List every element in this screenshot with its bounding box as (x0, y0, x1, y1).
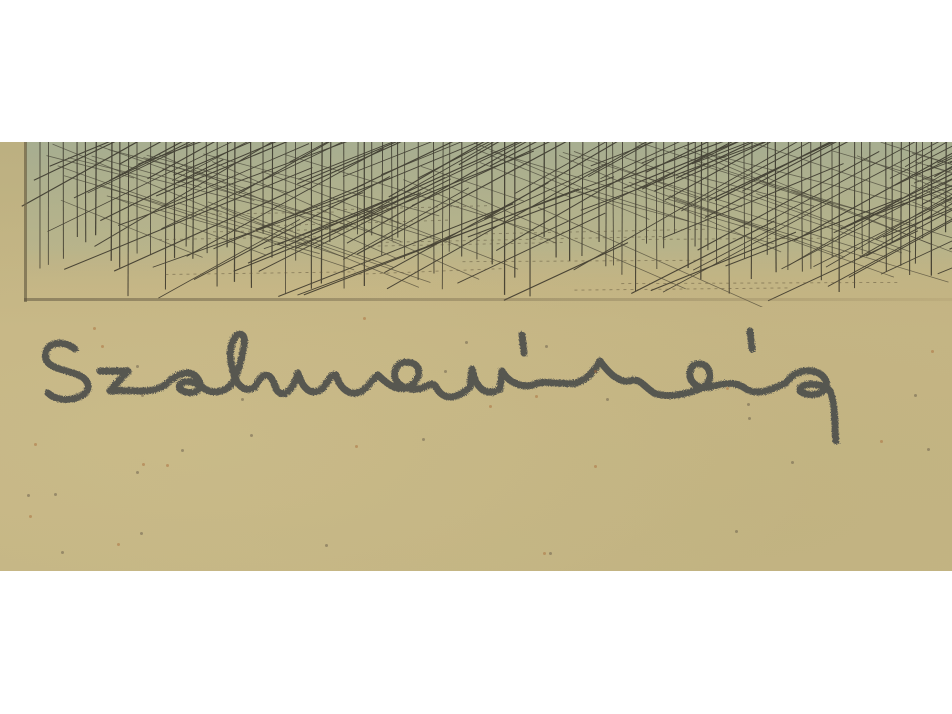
paper-speck (140, 532, 143, 535)
paper-speck (136, 365, 139, 368)
plate-mark-left (24, 142, 27, 302)
paper-speck (54, 493, 57, 496)
paper-speck (927, 448, 930, 451)
paper-speck (325, 544, 328, 547)
paper-speck (748, 417, 751, 420)
paper-speck (735, 530, 738, 533)
paper-speck (355, 445, 358, 448)
paper-speck (141, 394, 144, 397)
paper-speck (465, 341, 468, 344)
paper-speck (606, 398, 609, 401)
paper-speck (166, 464, 169, 467)
pencil-signature (40, 327, 930, 467)
paper-speck (594, 465, 597, 468)
paper-speck (93, 327, 96, 330)
etched-crosshatch-area (0, 142, 952, 307)
paper-speck (422, 438, 425, 441)
paper-speck (880, 440, 883, 443)
artwork-photo (0, 142, 952, 571)
paper-speck (101, 345, 104, 348)
paper-speck (29, 515, 32, 518)
paper-speck (726, 387, 729, 390)
plate-mark-bottom (24, 298, 952, 301)
paper-speck (444, 370, 447, 373)
